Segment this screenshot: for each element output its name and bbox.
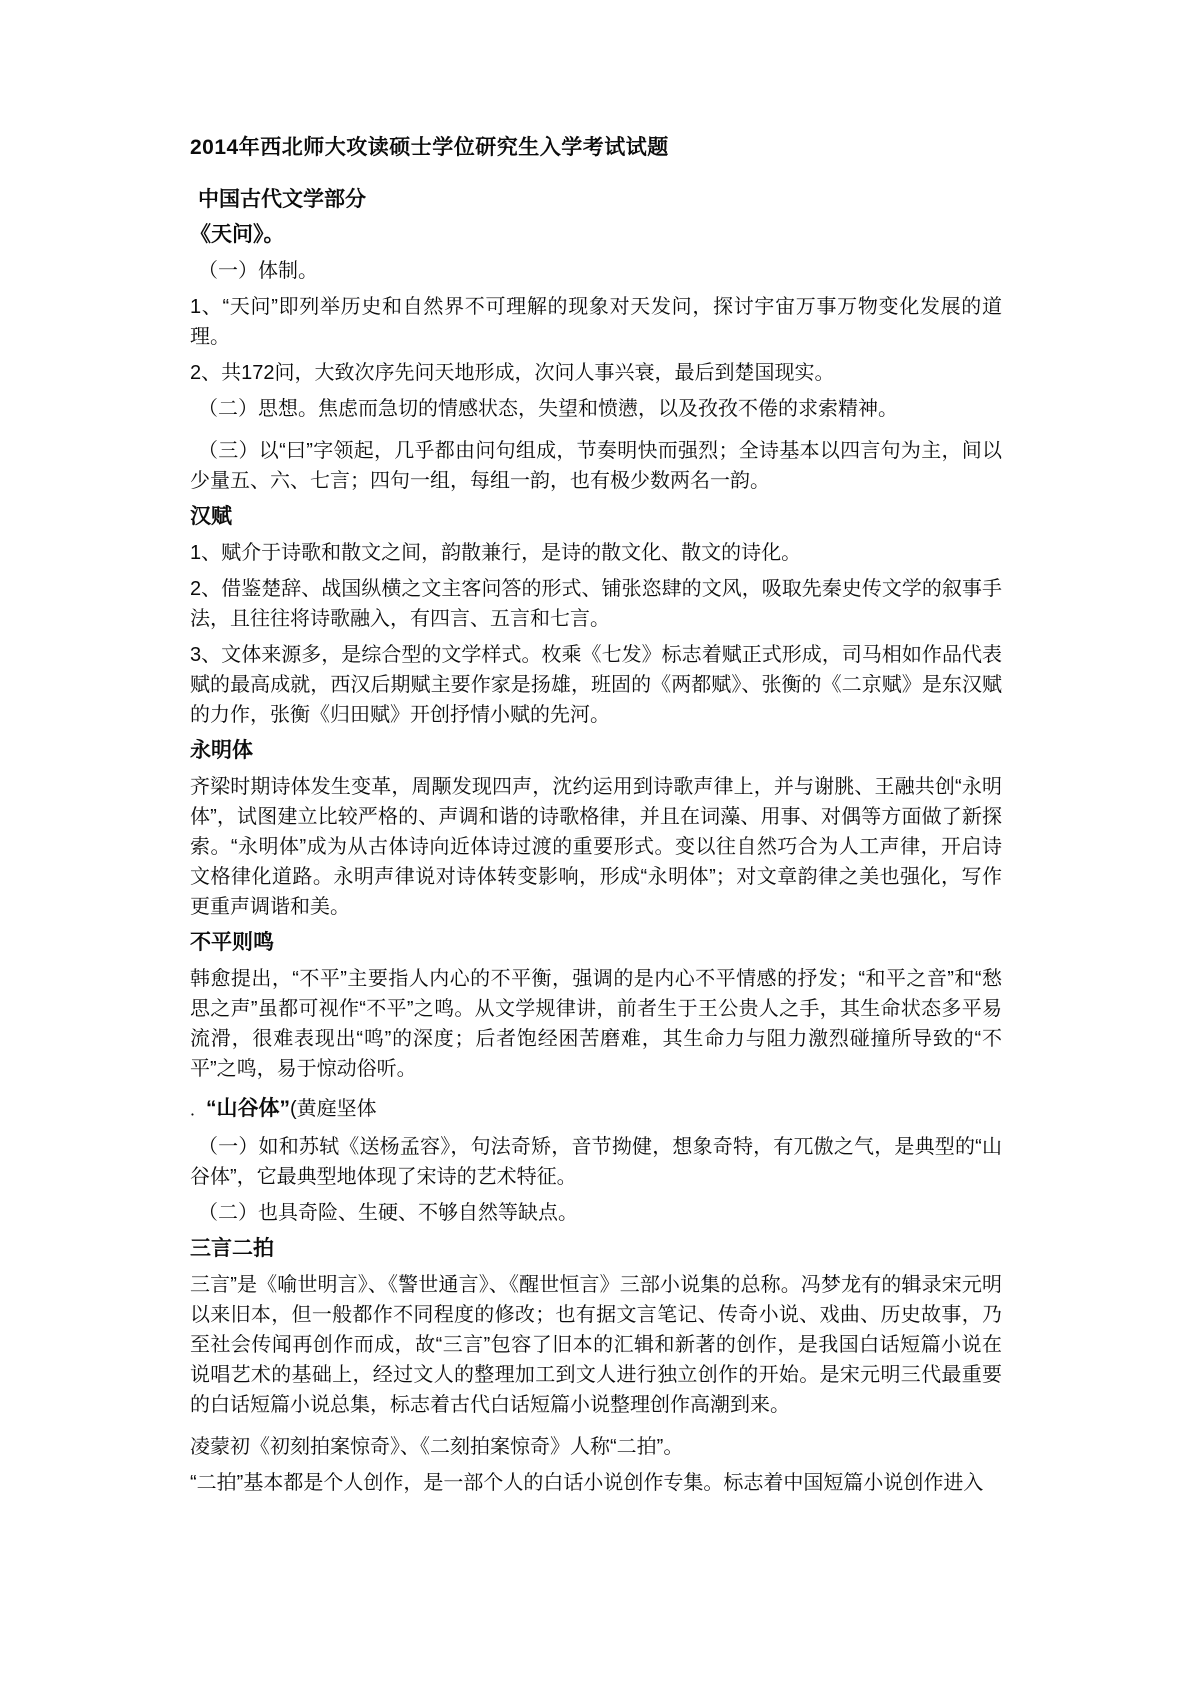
section-heading-yongmingti: 永明体: [190, 736, 1002, 766]
section-heading-ancient-literature: 中国古代文学部分: [190, 185, 1002, 215]
paragraph-hanfu-item1: 1、赋介于诗歌和散文之间，韵散兼行，是诗的散文化、散文的诗化。: [190, 538, 1002, 568]
section-heading-hanfu: 汉赋: [190, 502, 1002, 532]
paragraph-erpai-titles: 凌蒙初《初刻拍案惊奇》、《二刻拍案惊奇》人称“二拍”。: [190, 1432, 1002, 1462]
document-content: 2014年西北师大攻读硕士学位研究生入学考试试题 中国古代文学部分 《天问》。 …: [190, 135, 1002, 1504]
heading-bold-shanguti: “山谷体”: [206, 1097, 290, 1120]
paragraph-shanguti-item1: （一）如和苏轼《送杨孟容》，句法奇矫，音节拗健，想象奇特，有兀傲之气，是典型的“…: [190, 1132, 1002, 1192]
paragraph-hanfu-item2: 2、借鉴楚辞、战国纵横之文主客问答的形式、铺张恣肆的文风，吸取先秦史传文学的叙事…: [190, 574, 1002, 634]
document-page: 2014年西北师大攻读硕士学位研究生入学考试试题 中国古代文学部分 《天问》。 …: [0, 0, 1190, 1683]
paragraph-tianwen-structure-label: （一）体制。: [190, 256, 1002, 286]
paragraph-tianwen-form: （三）以“曰”字领起，几乎都由问句组成，节奏明快而强烈；全诗基本以四言句为主，间…: [190, 436, 1002, 496]
section-heading-bupingzeming: 不平则鸣: [190, 928, 1002, 958]
section-heading-shanguti: ．“山谷体”(黄庭坚体: [190, 1094, 1002, 1126]
section-heading-tianwen: 《天问》。: [190, 220, 1002, 250]
document-title: 2014年西北师大攻读硕士学位研究生入学考试试题: [190, 135, 1002, 161]
paragraph-tianwen-thought: （二）思想。焦虑而急切的情感状态，失望和愤懑，以及孜孜不倦的求索精神。: [190, 394, 1002, 424]
heading-tail-huangtingjian: (黄庭坚体: [290, 1098, 377, 1120]
paragraph-shanguti-item2: （二）也具奇险、生硬、不够自然等缺点。: [190, 1198, 1002, 1228]
paragraph-sanyan: 三言”是《喻世明言》、《警世通言》、《醒世恒言》三部小说集的总称。冯梦龙有的辑录…: [190, 1270, 1002, 1420]
paragraph-hanfu-item3: 3、文体来源多，是综合型的文学样式。枚乘《七发》标志着赋正式形成，司马相如作品代…: [190, 640, 1002, 730]
section-heading-sanyanerpai: 三言二拍: [190, 1234, 1002, 1264]
heading-lead-dot: ．: [190, 1102, 206, 1119]
paragraph-tianwen-item2: 2、共172问，大致次序先问天地形成，次问人事兴衰，最后到楚国现实。: [190, 358, 1002, 388]
paragraph-bupingzeming: 韩愈提出，“不平”主要指人内心的不平衡，强调的是内心不平情感的抒发；“和平之音”…: [190, 964, 1002, 1084]
paragraph-yongmingti: 齐梁时期诗体发生变革，周颙发现四声，沈约运用到诗歌声律上，并与谢朓、王融共创“永…: [190, 772, 1002, 922]
paragraph-erpai-description: “二拍”基本都是个人创作，是一部个人的白话小说创作专集。标志着中国短篇小说创作进…: [190, 1468, 1002, 1498]
paragraph-tianwen-item1: 1、“天问”即列举历史和自然界不可理解的现象对天发问，探讨宇宙万事万物变化发展的…: [190, 292, 1002, 352]
